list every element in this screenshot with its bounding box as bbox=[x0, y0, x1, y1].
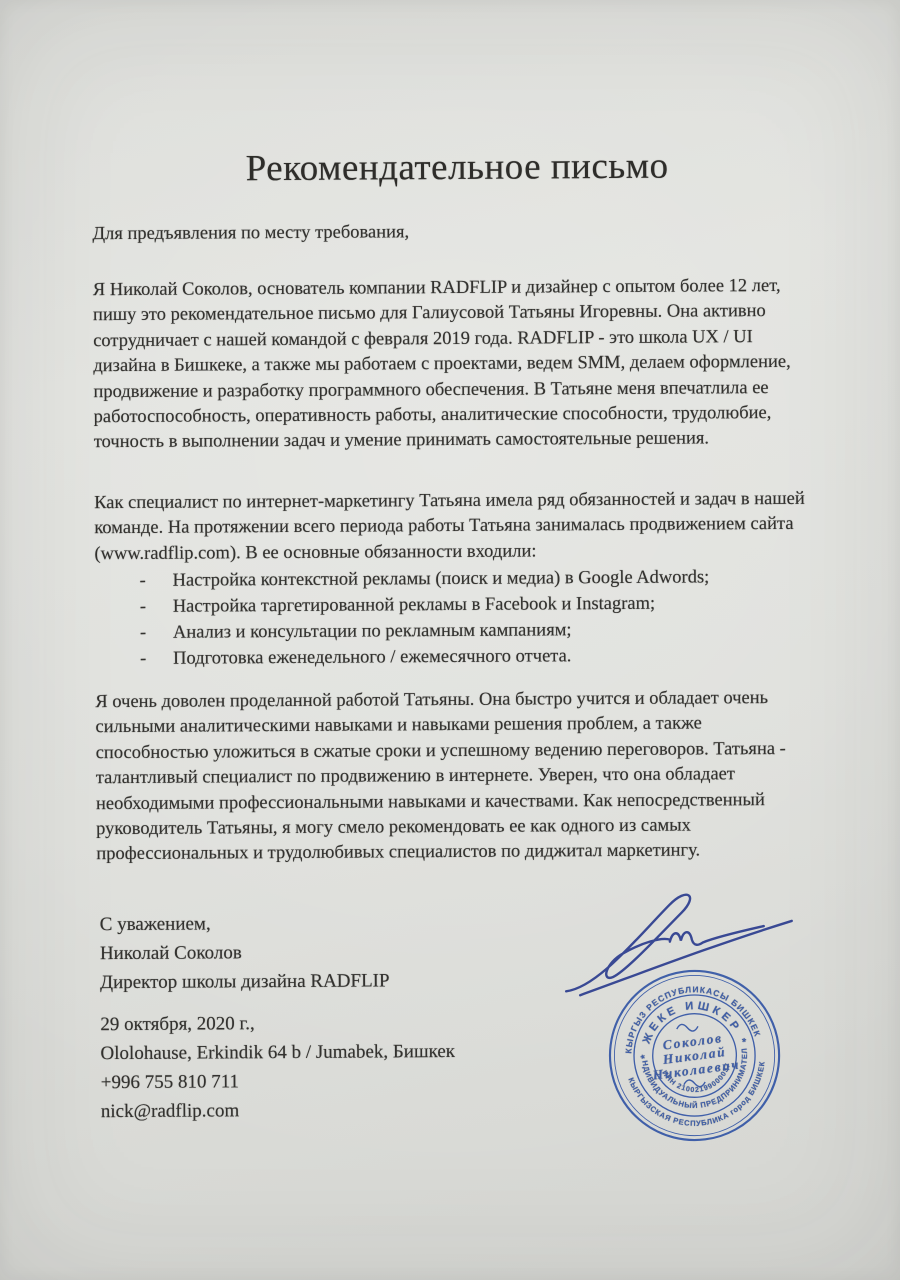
letter-date: 29 октября, 2020 г., bbox=[100, 1008, 455, 1039]
list-item-text: Настройка контекстной рекламы (поиск и м… bbox=[173, 564, 710, 593]
body-line: точность в выполнении задач и умение при… bbox=[94, 426, 874, 456]
closing-author-role: Директор школы дизайна RADFLIP bbox=[100, 966, 390, 997]
round-stamp: КЫРГЫЗ РЕСПУБЛИКАСЫ БИШКЕК КЫРГЫЗСКАЯ РЕ… bbox=[595, 956, 794, 1155]
list-item-text: Подготовка еженедельного / ежемесячного … bbox=[173, 643, 571, 671]
footer-block: 29 октября, 2020 г., Ololohause, Erkindi… bbox=[100, 1008, 455, 1126]
letter-address: Ololohause, Erkindik 64 b / Jumabek, Биш… bbox=[100, 1037, 455, 1068]
salutation-line: Для предъявления по месту требования, bbox=[92, 222, 409, 245]
body-line: способностью уложиться в сжатые сроки и … bbox=[96, 736, 876, 766]
closing-regards: С уважением, bbox=[100, 908, 390, 939]
body-line: работоспособность, оперативность работы,… bbox=[94, 400, 874, 430]
list-item-text: Настройка таргетированной рекламы в Face… bbox=[173, 591, 655, 620]
letter-phone: +996 755 810 711 bbox=[101, 1066, 456, 1097]
bullet-marker: - bbox=[95, 646, 173, 672]
body-line: пишу это рекомендательное письмо для Гал… bbox=[93, 299, 873, 329]
bullet-marker: - bbox=[95, 568, 173, 594]
letter-page: Рекомендательное письмо Для предъявления… bbox=[0, 0, 900, 1280]
body-line: профессиональных и трудолюбивых специали… bbox=[96, 838, 876, 868]
list-item-text: Анализ и консультации по рекламным кампа… bbox=[173, 617, 572, 645]
paragraph-introduction: Я Николай Соколов, основатель компании R… bbox=[93, 273, 874, 455]
responsibilities-list: - Настройка контекстной рекламы (поиск и… bbox=[95, 563, 876, 672]
closing-block: С уважением, Николай Соколов Директор шк… bbox=[100, 908, 390, 997]
body-line: (www.radflip.com). В ее основные обязанн… bbox=[94, 537, 874, 567]
bullet-marker: - bbox=[95, 620, 173, 646]
body-line: команде. На протяжении всего периода раб… bbox=[94, 512, 874, 542]
body-line: Я очень доволен проделанной работой Тать… bbox=[95, 685, 875, 715]
letter-title: Рекомендательное письмо bbox=[7, 143, 900, 191]
list-item: - Подготовка еженедельного / ежемесячног… bbox=[95, 641, 875, 672]
bullet-marker: - bbox=[95, 594, 173, 620]
paragraph-assessment: Я очень доволен проделанной работой Тать… bbox=[95, 685, 876, 867]
paragraph-responsibilities: Как специалист по интернет-маркетингу Та… bbox=[94, 486, 874, 567]
letter-email: nick@radflip.com bbox=[101, 1095, 456, 1126]
body-line: необходимыми профессиональными навыками … bbox=[96, 787, 876, 817]
closing-author-name: Николай Соколов bbox=[100, 937, 390, 968]
